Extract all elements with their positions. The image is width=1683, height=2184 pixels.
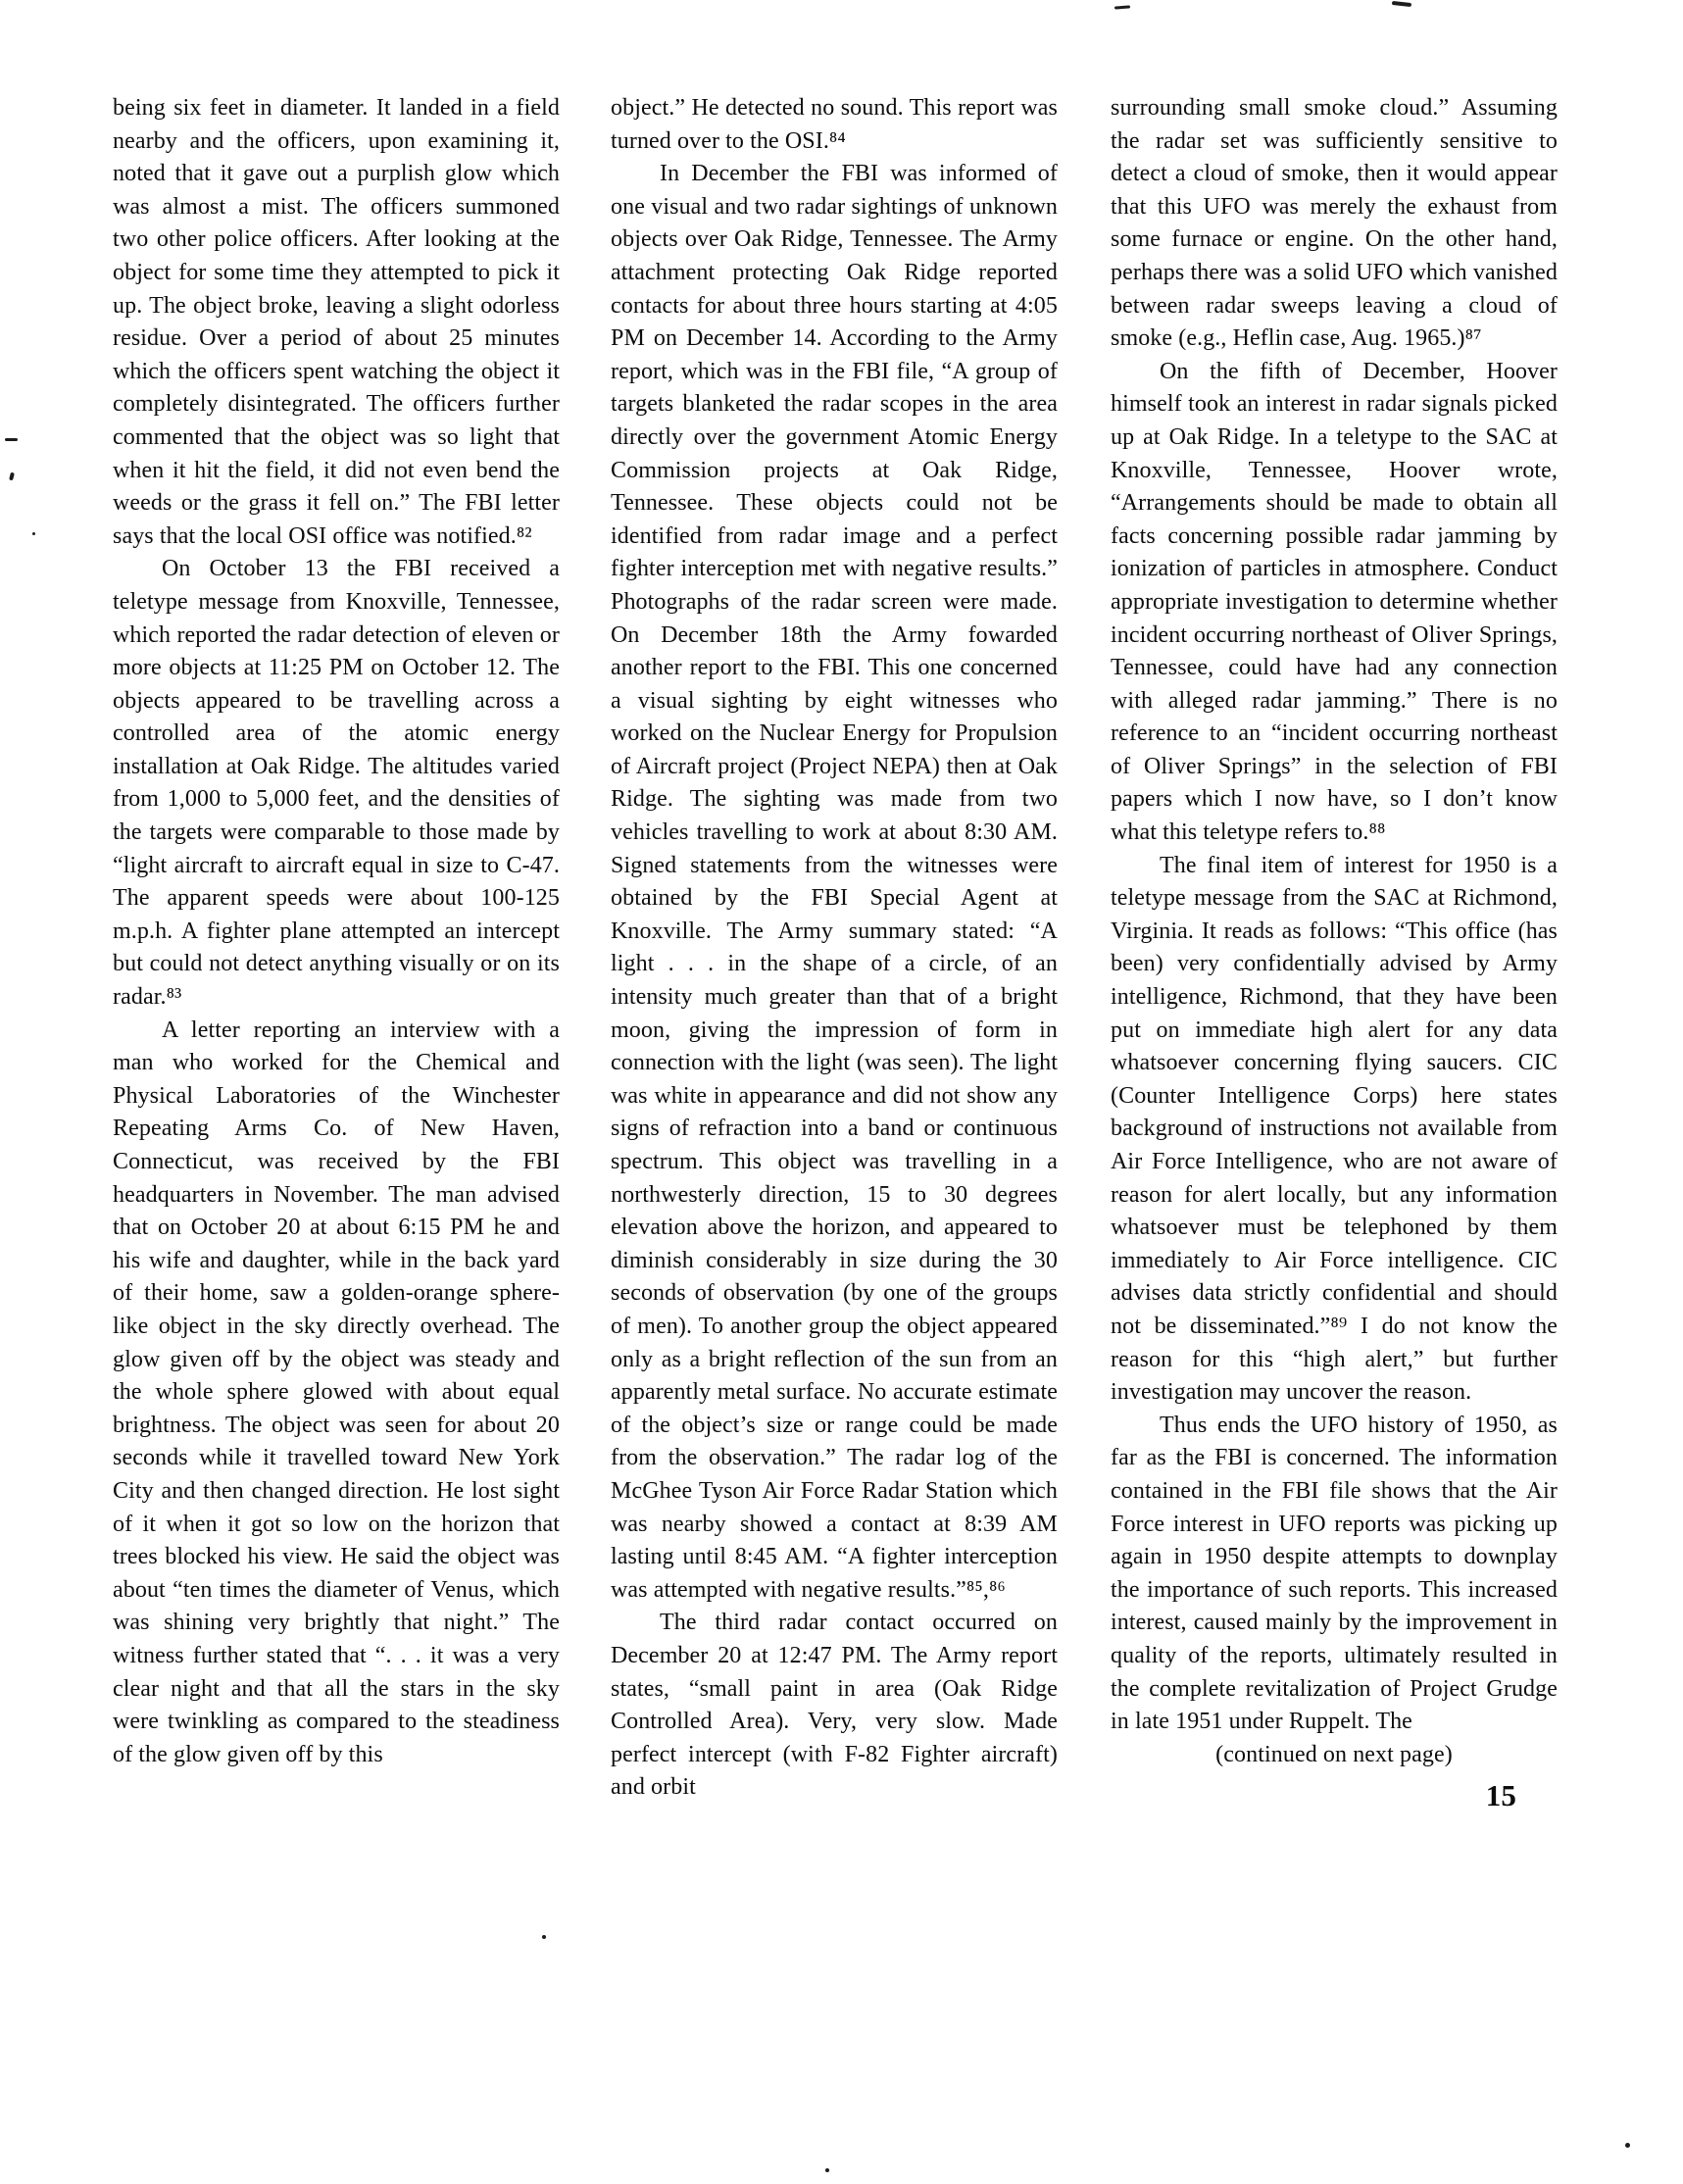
paragraph: On the fifth of December, Hoover himself…	[1111, 356, 1558, 850]
continued-note: (continued on next page)	[1111, 1739, 1558, 1772]
paragraph: being six feet in diameter. It landed in…	[113, 92, 560, 553]
scan-speck	[825, 2168, 829, 2172]
scan-speck	[32, 532, 35, 535]
text-column-left: being six feet in diameter. It landed in…	[113, 92, 560, 1771]
scan-speck	[1625, 2143, 1630, 2148]
scan-speck	[1114, 5, 1130, 9]
paragraph: Thus ends the UFO history of 1950, as fa…	[1111, 1410, 1558, 1739]
paragraph: The third radar contact occurred on Dece…	[611, 1607, 1058, 1805]
text-column-middle: object.” He detected no sound. This repo…	[611, 92, 1058, 1805]
paragraph: On October 13 the FBI received a teletyp…	[113, 553, 560, 1014]
paragraph: object.” He detected no sound. This repo…	[611, 92, 1058, 158]
scan-speck	[542, 1935, 546, 1939]
page: being six feet in diameter. It landed in…	[0, 0, 1683, 2184]
scan-speck	[5, 438, 18, 441]
paragraph: In December the FBI was informed of one …	[611, 158, 1058, 1607]
paragraph: The final item of interest for 1950 is a…	[1111, 850, 1558, 1410]
scan-speck	[1392, 1, 1411, 7]
page-number: 15	[1111, 1779, 1558, 1812]
text-column-right: surrounding small smoke cloud.” Assuming…	[1111, 92, 1558, 1812]
paragraph: surrounding small smoke cloud.” Assuming…	[1111, 92, 1558, 356]
scan-speck	[9, 472, 15, 481]
paragraph: A letter reporting an interview with a m…	[113, 1015, 560, 1772]
